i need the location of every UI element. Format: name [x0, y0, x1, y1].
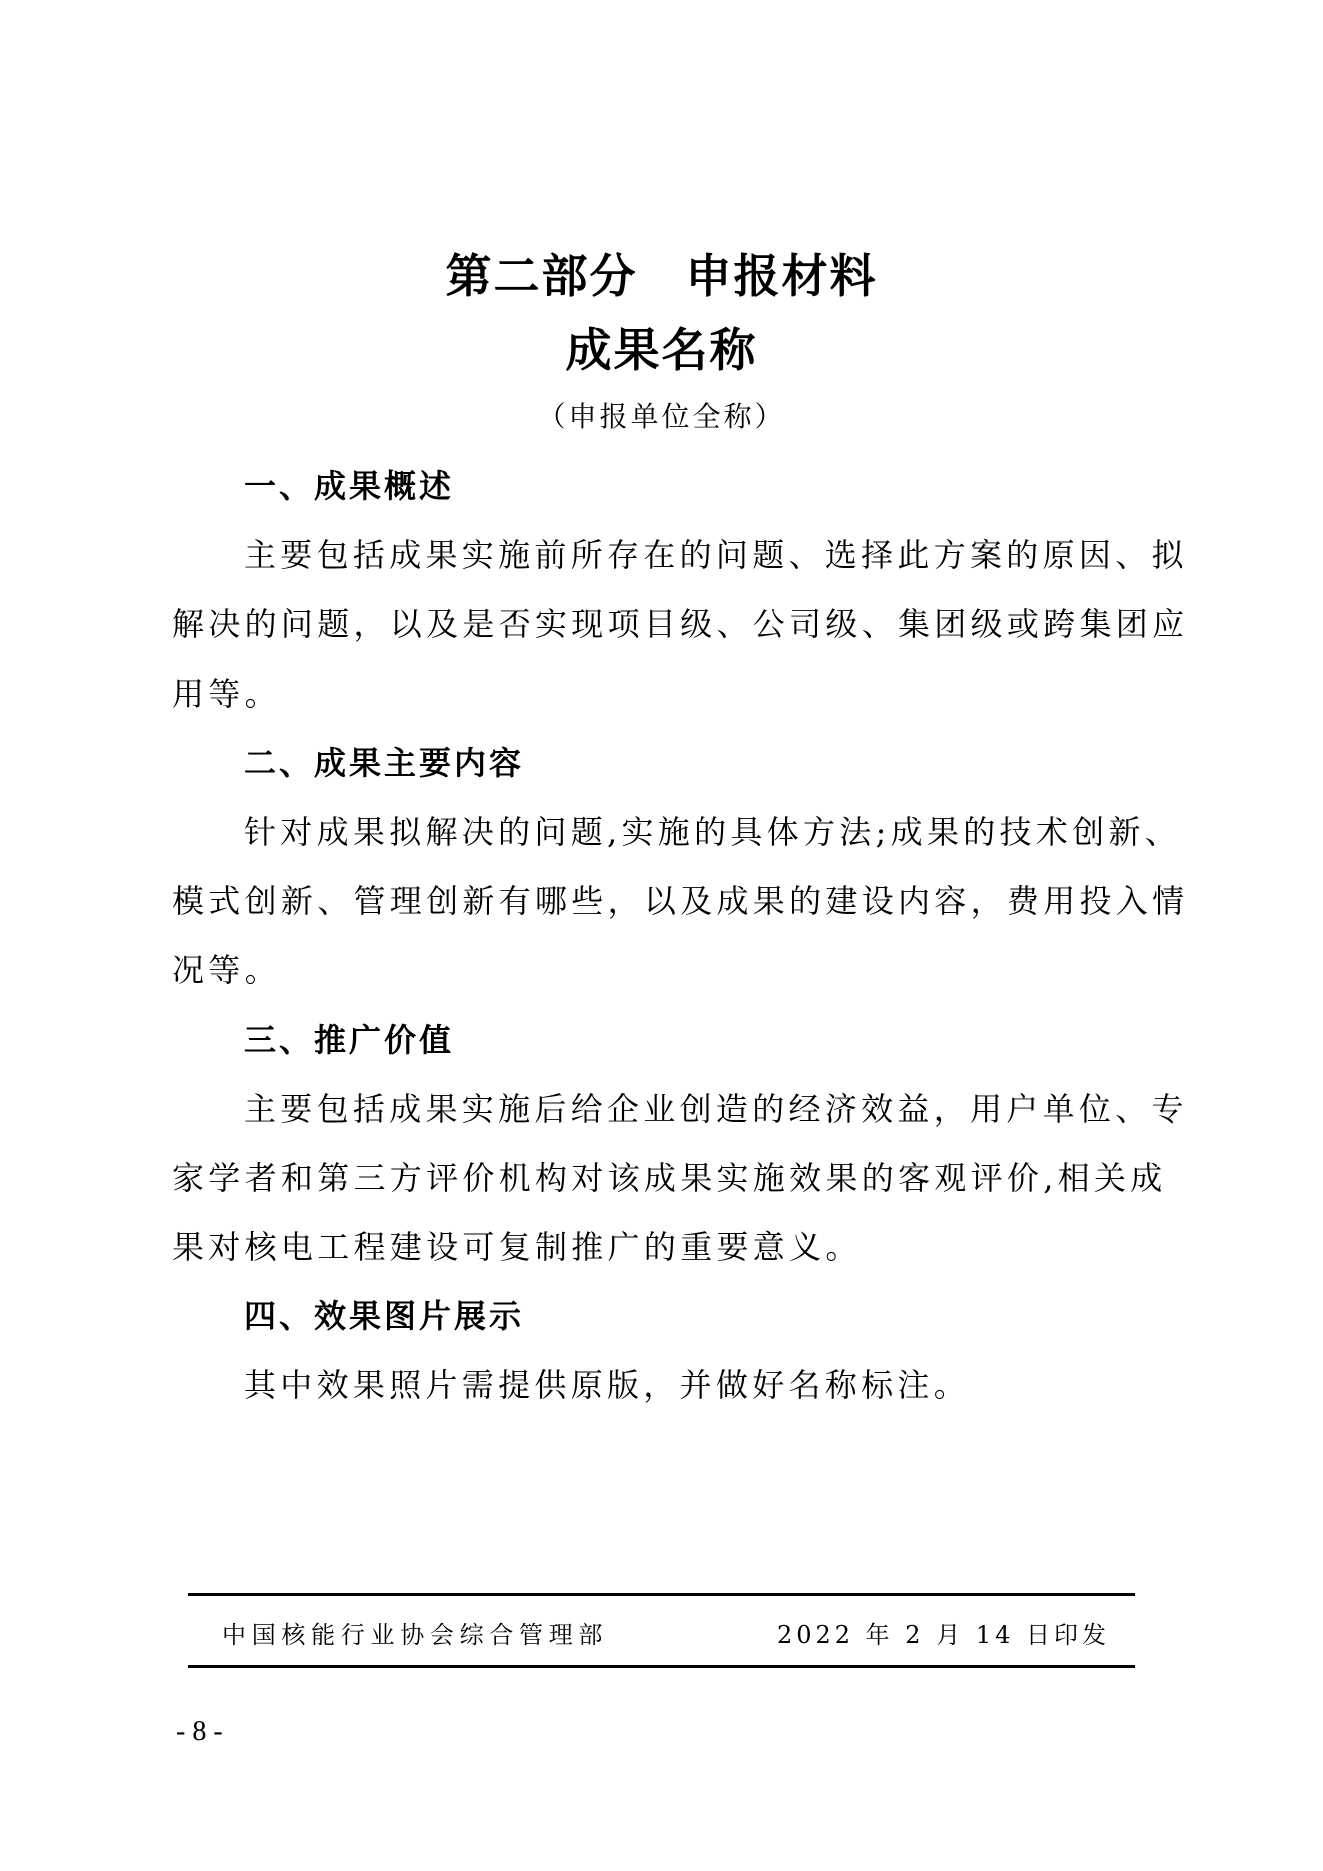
paragraph-line: 家学者和第三方评价机构对该成果实施效果的客观评价,相关成: [172, 1144, 1154, 1213]
section-heading-main-content: 二、成果主要内容: [172, 729, 1154, 798]
paragraph-line: 用等。: [172, 660, 1154, 729]
footer-top-rule: [188, 1593, 1135, 1596]
footer-bottom-rule: [188, 1665, 1135, 1668]
paragraph-line: 模式创新、管理创新有哪些，以及成果的建设内容，费用投入情: [172, 867, 1154, 936]
paragraph-line: 其中效果照片需提供原版，并做好名称标注。: [172, 1351, 1154, 1420]
paragraph-line: 主要包括成果实施前所存在的问题、选择此方案的原因、拟: [172, 521, 1154, 590]
applicant-name-subtitle: （申报单位全称）: [0, 398, 1323, 436]
paragraph-line: 针对成果拟解决的问题,实施的具体方法;成果的技术创新、: [172, 798, 1154, 867]
section-heading-overview: 一、成果概述: [172, 452, 1154, 521]
document-page: 第二部分 申报材料 成果名称 （申报单位全称） 一、成果概述 主要包括成果实施前…: [0, 0, 1323, 1871]
paragraph-line: 果对核电工程建设可复制推广的重要意义。: [172, 1213, 1154, 1282]
paragraph-line: 主要包括成果实施后给企业创造的经济效益，用户单位、专: [172, 1075, 1154, 1144]
section-heading-promotion-value: 三、推广价值: [172, 1006, 1154, 1075]
paragraph-line: 解决的问题，以及是否实现项目级、公司级、集团级或跨集团应: [172, 590, 1154, 659]
page-number: - 8 -: [176, 1712, 223, 1752]
document-body: 一、成果概述 主要包括成果实施前所存在的问题、选择此方案的原因、拟 解决的问题，…: [172, 452, 1154, 1421]
footer-issuance-row: 中国核能行业协会综合管理部 2022 年 2 月 14 日印发: [222, 1612, 1110, 1652]
issuer-name: 中国核能行业协会综合管理部: [222, 1615, 608, 1650]
issue-date: 2022 年 2 月 14 日印发: [777, 1615, 1110, 1650]
achievement-name-title: 成果名称: [0, 322, 1323, 378]
page-title: 第二部分 申报材料: [0, 248, 1323, 304]
section-heading-effect-images: 四、效果图片展示: [172, 1282, 1154, 1351]
paragraph-line: 况等。: [172, 936, 1154, 1005]
